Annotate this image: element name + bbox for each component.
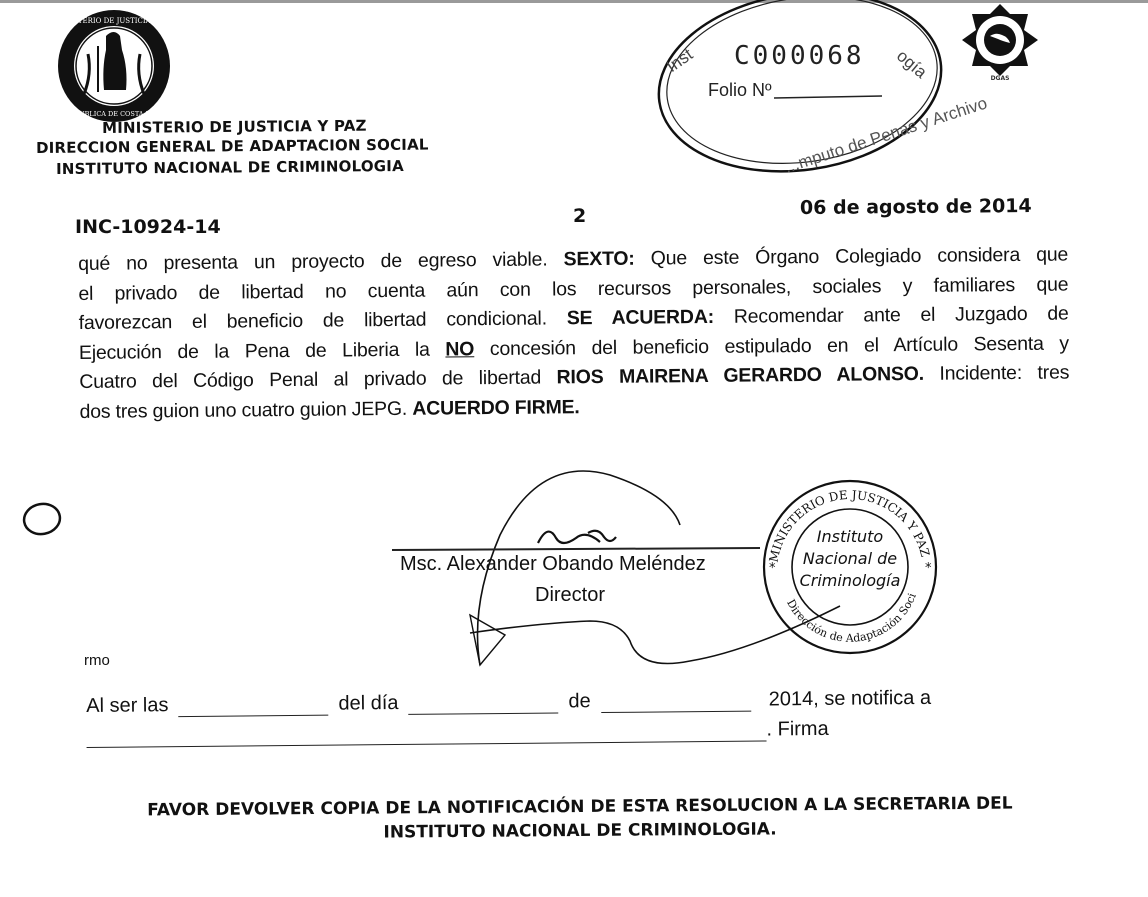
stamp-center-line-2: Nacional de xyxy=(803,549,897,568)
seal-text-top: MINISTERIO DE JUSTICIA Y PAZ xyxy=(54,17,174,25)
signer-role: Director xyxy=(535,584,605,607)
recipient-blank-field[interactable] xyxy=(86,722,766,748)
notify-label-signature: . Firma xyxy=(766,718,828,742)
typist-initials: rmo xyxy=(84,652,110,669)
ministry-seal-logo: MINISTERIO DE JUSTICIA Y PAZ REPUBLICA D… xyxy=(54,6,174,126)
day-blank-field[interactable] xyxy=(408,694,558,714)
reference-number: INC-10924-14 xyxy=(75,216,221,238)
folio-arc-top-end: ogía xyxy=(893,46,931,82)
folio-arc-bottom: ...mputo de Penas y Archivo xyxy=(782,93,989,176)
header-ministry: MINISTERIO DE JUSTICIA Y PAZ xyxy=(102,117,367,137)
notify-label-day: del día xyxy=(338,692,398,716)
folio-stamp: C000068 Folio Nº Inst ogía ...mputo de P… xyxy=(652,0,952,180)
folio-arc-top: Inst xyxy=(663,45,697,76)
seal-text-bottom: REPUBLICA DE COSTA RICA xyxy=(65,110,163,118)
stamp-center-line-3: Criminología xyxy=(800,571,901,590)
page-number: 2 xyxy=(573,205,586,227)
folio-number: C000068 xyxy=(734,41,865,71)
header-institute: INSTITUTO NACIONAL DE CRIMINOLOGIA xyxy=(56,157,404,178)
notification-form: Al ser las del día de 2014, se notifica … xyxy=(86,678,1077,748)
signer-name: Msc. Alexander Obando Meléndez xyxy=(400,553,706,576)
hour-blank-field[interactable] xyxy=(178,697,328,717)
folio-label: Folio Nº xyxy=(708,80,772,100)
resolution-body: qué no presenta un proyecto de egreso vi… xyxy=(78,240,1070,426)
document-date: 06 de agosto de 2014 xyxy=(800,195,1032,219)
notify-label-hour: Al ser las xyxy=(86,694,168,718)
margin-circle-mark xyxy=(20,500,66,540)
header-direction: DIRECCION GENERAL DE ADAPTACION SOCIAL xyxy=(36,136,429,157)
svg-text:*: * xyxy=(769,561,776,576)
notify-label-year: 2014, se notifica a xyxy=(769,687,932,712)
institute-round-stamp: Instituto Nacional de Criminología MINIS… xyxy=(755,472,945,662)
stamp-center-line-1: Instituto xyxy=(817,527,884,546)
penitentiary-seal: DGAS xyxy=(950,2,1050,82)
seal-tag: DGAS xyxy=(991,75,1010,82)
svg-text:*: * xyxy=(925,561,932,576)
notify-label-month: de xyxy=(568,690,590,713)
return-copy-notice: FAVOR DEVOLVER COPIA DE LA NOTIFICACIÓN … xyxy=(110,791,1050,846)
month-blank-field[interactable] xyxy=(601,693,751,713)
